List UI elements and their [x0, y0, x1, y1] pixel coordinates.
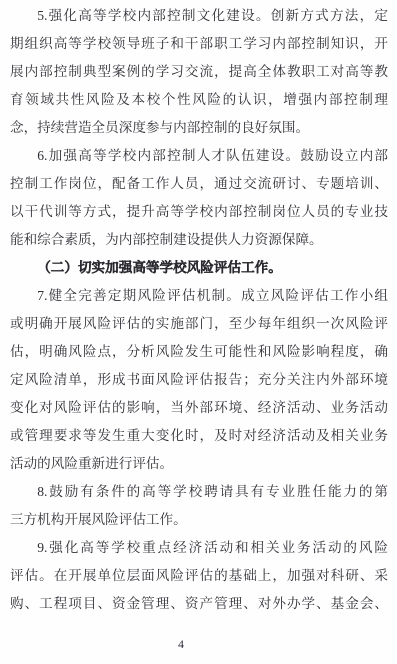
- paragraph-item-7: 7.健全完善定期风险评估机制。成立风险评估工作小组或明确开展风险评估的实施部门，…: [10, 282, 388, 478]
- heading-section-2: （二）切实加强高等学校风险评估工作。: [10, 254, 388, 282]
- text-line: 期组织高等学校领导班子和干部职工学习内部控制知识，开: [10, 30, 388, 58]
- text-line: 三方机构开展风险评估工作。: [10, 506, 388, 534]
- text-line: 或管理要求等发生重大变化时，及时对经济活动及相关业务: [10, 422, 388, 450]
- text-line: 6.加强高等学校内部控制人才队伍建设。鼓励设立内部: [10, 142, 388, 170]
- paragraph-item-5: 5.强化高等学校内部控制文化建设。创新方式方法，定期组织高等学校领导班子和干部职…: [10, 2, 388, 142]
- text-line: 变化对风险评估的影响，当外部环境、经济活动、业务活动: [10, 394, 388, 422]
- page-number: 4: [0, 636, 362, 652]
- text-line: 5.强化高等学校内部控制文化建设。创新方式方法，定: [10, 2, 388, 30]
- text-block: 5.强化高等学校内部控制文化建设。创新方式方法，定期组织高等学校领导班子和干部职…: [10, 2, 388, 618]
- text-line: 以干代训等方式，提升高等学校内部控制岗位人员的专业技: [10, 198, 388, 226]
- text-line: 展内部控制典型案例的学习交流，提高全体教职工对高等教: [10, 58, 388, 86]
- text-line: 估，明确风险点，分析风险发生可能性和风险影响程度，确: [10, 338, 388, 366]
- text-line: 9.强化高等学校重点经济活动和相关业务活动的风险: [10, 534, 388, 562]
- text-line: 8.鼓励有条件的高等学校聘请具有专业胜任能力的第: [10, 478, 388, 506]
- text-line: 评估。在开展单位层面风险评估的基础上，加强对科研、采: [10, 562, 388, 590]
- text-line: 念，持续营造全员深度参与内部控制的良好氛围。: [10, 114, 388, 142]
- paragraph-item-8: 8.鼓励有条件的高等学校聘请具有专业胜任能力的第三方机构开展风险评估工作。: [10, 478, 388, 534]
- paragraph-item-6: 6.加强高等学校内部控制人才队伍建设。鼓励设立内部控制工作岗位，配备工作人员，通…: [10, 142, 388, 254]
- text-line: 育领域共性风险及本校个性风险的认识，增强内部控制理: [10, 86, 388, 114]
- text-line: 活动的风险重新进行评估。: [10, 450, 388, 478]
- paragraph-item-9: 9.强化高等学校重点经济活动和相关业务活动的风险评估。在开展单位层面风险评估的基…: [10, 534, 388, 618]
- text-line: （二）切实加强高等学校风险评估工作。: [10, 254, 388, 282]
- text-line: 能和综合素质，为内部控制建设提供人力资源保障。: [10, 226, 388, 254]
- document-page: 5.强化高等学校内部控制文化建设。创新方式方法，定期组织高等学校领导班子和干部职…: [0, 0, 397, 664]
- text-line: 购、工程项目、资金管理、资产管理、对外办学、基金会、: [10, 590, 388, 618]
- text-line: 7.健全完善定期风险评估机制。成立风险评估工作小组: [10, 282, 388, 310]
- text-line: 或明确开展风险评估的实施部门，至少每年组织一次风险评: [10, 310, 388, 338]
- text-line: 定风险清单，形成书面风险评估报告；充分关注内外部环境: [10, 366, 388, 394]
- text-line: 控制工作岗位，配备工作人员，通过交流研讨、专题培训、: [10, 170, 388, 198]
